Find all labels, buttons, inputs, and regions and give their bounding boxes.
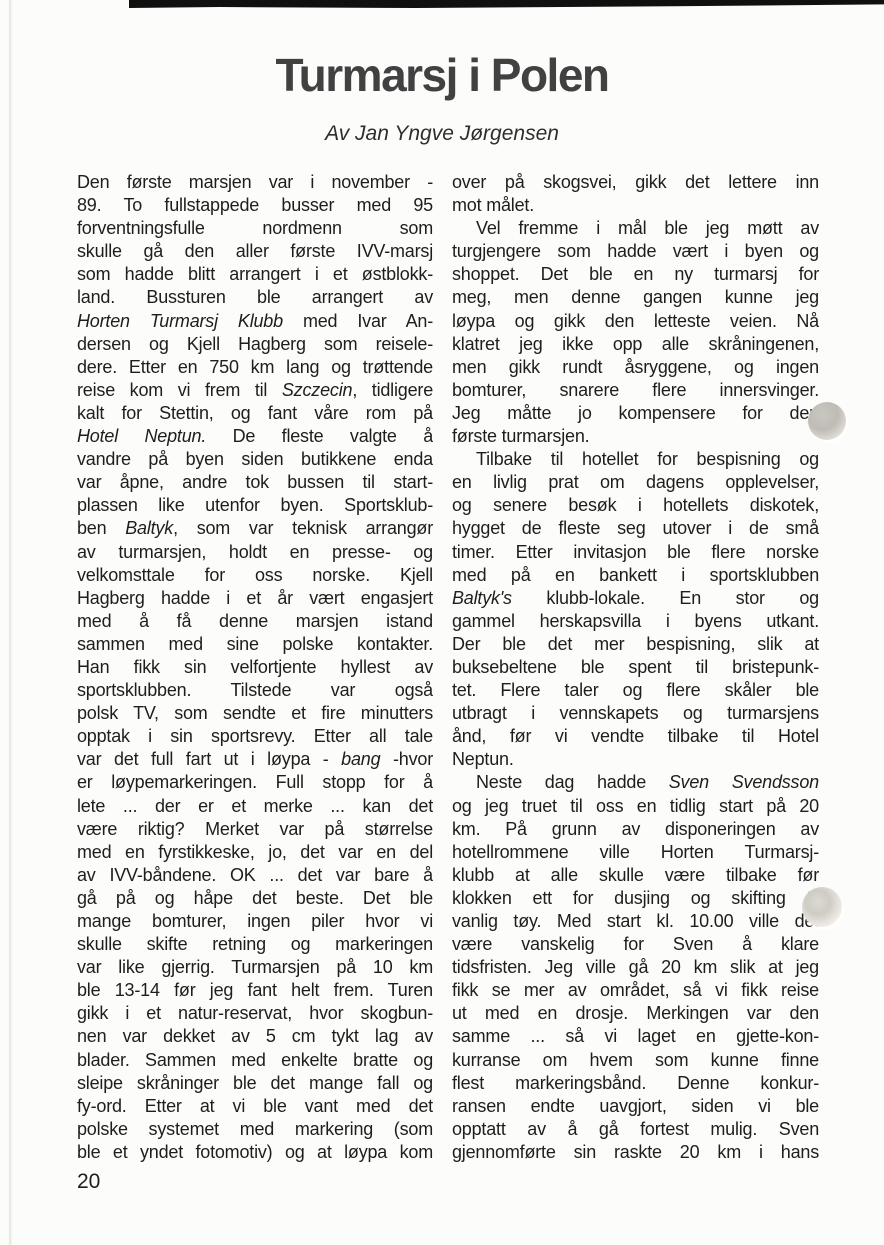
text-line: av turmarsjen, holdt en presse- og: [77, 541, 433, 564]
text-line: polske systemet med markering (som: [77, 1118, 433, 1141]
text-line: Han fikk sin velfortjente hyllest av: [77, 656, 433, 679]
text-line: meg, men denne gangen kunne jeg: [452, 286, 819, 309]
text-line: timer. Etter invitasjon ble flere norske: [452, 541, 819, 564]
italic-text-run: Sven Svendsson: [669, 772, 819, 792]
text-run: ut med en drosje. Merkingen var den: [452, 1003, 819, 1023]
text-line: opptatt av å gå fortest mulig. Sven: [452, 1118, 819, 1141]
text-run: buksebeltene ble spent til bristepunk-: [452, 657, 819, 677]
text-run: med en fyrstikkeske, jo, det var en del: [77, 842, 433, 862]
text-run: sportsklubben. Tilstede var også: [77, 680, 433, 700]
text-line: ånd, før vi vendte tilbake til Hotel: [452, 725, 819, 748]
text-line: fy-ord. Etter at vi ble vant med det: [77, 1095, 433, 1118]
text-line: være vanskelig for Sven å klare: [452, 933, 819, 956]
text-run: over på skogsvei, gikk det lettere inn: [452, 172, 819, 192]
text-run: skulle skifte retning og markeringen: [77, 934, 433, 954]
italic-text-run: Horten Turmarsj Klubb: [77, 311, 283, 331]
text-run: ransen endte uavgjort, siden vi ble: [452, 1096, 819, 1116]
text-run: velkomsttale for oss norske. Kjell: [77, 565, 433, 585]
text-run: -hvor: [380, 749, 433, 769]
text-run: flest markeringsbånd. Denne konkur-: [452, 1073, 819, 1093]
text-run: blader. Sammen med enkelte bratte og: [77, 1050, 433, 1070]
text-line: skulle gå den aller første IVV-marsj: [77, 240, 433, 263]
text-run: De fleste valgte å: [206, 426, 433, 446]
text-run: timer. Etter invitasjon ble flere norske: [452, 542, 819, 562]
scanned-article-page: Turmarsj i Polen Av Jan Yngve Jørgensen …: [0, 0, 884, 1245]
text-line: ble et yndet fotomotiv) og at løypa kom: [77, 1141, 433, 1164]
text-line: vanlig tøy. Med start kl. 10.00 ville de…: [452, 910, 819, 933]
text-line: Baltyk's klubb-lokale. En stor og: [452, 587, 819, 610]
page-number: 20: [77, 1170, 100, 1194]
text-line: mot målet.: [452, 194, 819, 217]
text-run: Den første marsjen var i november -: [77, 172, 433, 192]
text-run: km. På grunn av disponeringen av: [452, 819, 819, 839]
text-run: klubb-lokale. En stor og: [512, 588, 819, 608]
text-line: av IVV-båndene. OK ... det var bare å: [77, 864, 433, 887]
text-run: var åpne, andre tok bussen til start-: [77, 472, 433, 492]
text-run: nen var dekket av 5 cm tykt lag av: [77, 1026, 433, 1046]
italic-text-run: Baltyk's: [452, 588, 512, 608]
text-line: lete ... der er et merke ... kan det: [77, 795, 433, 818]
text-line: ut med en drosje. Merkingen var den: [452, 1002, 819, 1025]
text-line: Vel fremme i mål ble jeg møtt av: [452, 217, 819, 240]
text-run: av IVV-båndene. OK ... det var bare å: [77, 865, 433, 885]
text-line: var like gjerrig. Turmarsjen på 10 km: [77, 956, 433, 979]
text-line: første turmarsjen.: [452, 425, 819, 448]
text-line: Neptun.: [452, 748, 819, 771]
text-run: land. Bussturen ble arrangert av: [77, 287, 433, 307]
text-run: gjennomførte sin raskte 20 km i hans: [452, 1142, 819, 1162]
text-line: men gikk rundt åsryggene, og ingen: [452, 356, 819, 379]
text-line: klokken ett for dusjing og skifting til: [452, 887, 819, 910]
text-line: dersen og Kjell Hagberg som reisele-: [77, 333, 433, 356]
text-run: men gikk rundt åsryggene, og ingen: [452, 357, 819, 377]
text-line: en livlig prat om dagens opplevelser,: [452, 471, 819, 494]
article-column-left: Den første marsjen var i november -89. T…: [77, 171, 433, 1164]
text-run: Jeg måtte jo kompensere for den: [452, 403, 819, 423]
text-run: sleipe skråninger ble det mange fall og: [77, 1073, 433, 1093]
text-run: turgjengere som hadde vært i byen og: [452, 241, 819, 261]
text-line: gjennomførte sin raskte 20 km i hans: [452, 1141, 819, 1164]
text-run: gammel herskapsvilla i byens utkant.: [452, 611, 819, 631]
text-line: og senere besøk i hotellets diskotek,: [452, 494, 819, 517]
text-line: gammel herskapsvilla i byens utkant.: [452, 610, 819, 633]
punch-hole-top: [808, 402, 846, 440]
text-run: med å få denne marsjen istand: [77, 611, 433, 631]
text-run: med på en bankett i sportsklubben: [452, 565, 819, 585]
text-run: Vel fremme i mål ble jeg møtt av: [476, 218, 819, 238]
text-line: Der ble det mer bespisning, slik at: [452, 633, 819, 656]
text-line: vandre på byen siden butikkene enda: [77, 448, 433, 471]
text-run: klubb at alle skulle være tilbake før: [452, 865, 819, 885]
text-run: ble et yndet fotomotiv) og at løypa kom: [77, 1142, 433, 1162]
text-run: Hagberg hadde i et år vært engasjert: [77, 588, 433, 608]
text-run: opptatt av å gå fortest mulig. Sven: [452, 1119, 819, 1139]
text-line: hotellrommene ville Horten Turmarsj-: [452, 841, 819, 864]
text-line: dere. Etter en 750 km lang og trøttende: [77, 356, 433, 379]
text-line: var åpne, andre tok bussen til start-: [77, 471, 433, 494]
text-line: bomturer, snarere flere innersvinger.: [452, 379, 819, 402]
text-run: bomturer, snarere flere innersvinger.: [452, 380, 819, 400]
text-run: hygget de fleste seg utover i de små: [452, 518, 819, 538]
text-line: som hadde blitt arrangert i et østblokk-: [77, 263, 433, 286]
text-line: skulle skifte retning og markeringen: [77, 933, 433, 956]
text-line: shoppet. Det ble en ny turmarsj for: [452, 263, 819, 286]
text-line: Horten Turmarsj Klubb med Ivar An-: [77, 310, 433, 333]
text-line: var det full fart ut i løypa - bang -hvo…: [77, 748, 433, 771]
text-run: kalt for Stettin, og fant våre rom på: [77, 403, 433, 423]
article-byline: Av Jan Yngve Jørgensen: [0, 122, 884, 146]
text-line: flest markeringsbånd. Denne konkur-: [452, 1072, 819, 1095]
text-run: hotellrommene ville Horten Turmarsj-: [452, 842, 819, 862]
text-run: ånd, før vi vendte tilbake til Hotel: [452, 726, 819, 746]
text-run: lete ... der er et merke ... kan det: [77, 796, 433, 816]
text-run: ble 13-14 før jeg fant helt frem. Turen: [77, 980, 433, 1000]
text-line: kalt for Stettin, og fant våre rom på: [77, 402, 433, 425]
punch-hole-bottom: [802, 887, 842, 927]
text-line: land. Bussturen ble arrangert av: [77, 286, 433, 309]
text-run: dersen og Kjell Hagberg som reisele-: [77, 334, 433, 354]
text-line: Tilbake til hotellet for bespisning og: [452, 448, 819, 471]
text-run: vandre på byen siden butikkene enda: [77, 449, 433, 469]
text-line: hygget de fleste seg utover i de små: [452, 517, 819, 540]
text-run: forventningsfulle nordmenn som: [77, 218, 433, 238]
text-run: tidsfristen. Jeg ville gå 20 km slik at …: [452, 957, 819, 977]
text-line: med en fyrstikkeske, jo, det var en del: [77, 841, 433, 864]
text-run: opptak i sin sportsrevy. Etter all tale: [77, 726, 433, 746]
text-line: km. På grunn av disponeringen av: [452, 818, 819, 841]
text-run: Han fikk sin velfortjente hyllest av: [77, 657, 433, 677]
text-line: forventningsfulle nordmenn som: [77, 217, 433, 240]
text-line: Hotel Neptun. De fleste valgte å: [77, 425, 433, 448]
text-run: kurranse om hvem som kunne finne: [452, 1050, 819, 1070]
text-run: gå på og håpe det beste. Det ble: [77, 888, 433, 908]
text-line: med å få denne marsjen istand: [77, 610, 433, 633]
text-run: første turmarsjen.: [452, 426, 589, 446]
text-run: og jeg truet til oss en tidlig start på …: [452, 796, 819, 816]
text-line: klatret jeg ikke opp alle skråningenen,: [452, 333, 819, 356]
text-line: sleipe skråninger ble det mange fall og: [77, 1072, 433, 1095]
text-line: fikk se mer av området, så vi fikk reise: [452, 979, 819, 1002]
text-run: klatret jeg ikke opp alle skråningenen,: [452, 334, 819, 354]
text-line: buksebeltene ble spent til bristepunk-: [452, 656, 819, 679]
text-line: gikk i et natur-reservat, hvor skogbun-: [77, 1002, 433, 1025]
text-line: Hagberg hadde i et år vært engasjert: [77, 587, 433, 610]
text-run: , som var teknisk arrangør: [173, 518, 433, 538]
text-line: kurranse om hvem som kunne finne: [452, 1049, 819, 1072]
text-run: være riktig? Merket var på størrelse: [77, 819, 433, 839]
text-run: vanlig tøy. Med start kl. 10.00 ville de…: [452, 911, 819, 931]
scan-edge-bar: [129, 0, 884, 8]
text-run: være vanskelig for Sven å klare: [452, 934, 819, 954]
text-line: gå på og håpe det beste. Det ble: [77, 887, 433, 910]
italic-text-run: Hotel Neptun.: [77, 426, 206, 446]
text-run: plassen like utenfor byen. Sportsklub-: [77, 495, 433, 515]
text-line: reise kom vi frem til Szczecin, tidliger…: [77, 379, 433, 402]
text-line: være riktig? Merket var på størrelse: [77, 818, 433, 841]
text-line: utbragt i vennskapets og turmarsjens: [452, 702, 819, 725]
italic-text-run: Baltyk: [125, 518, 173, 538]
text-line: over på skogsvei, gikk det lettere inn: [452, 171, 819, 194]
text-run: ben: [77, 518, 125, 538]
text-run: Tilbake til hotellet for bespisning og: [476, 449, 819, 469]
text-run: Neptun.: [452, 749, 514, 769]
text-line: ben Baltyk, som var teknisk arrangør: [77, 517, 433, 540]
text-run: , tidligere: [352, 380, 433, 400]
text-line: med på en bankett i sportsklubben: [452, 564, 819, 587]
text-run: en livlig prat om dagens opplevelser,: [452, 472, 819, 492]
text-line: ransen endte uavgjort, siden vi ble: [452, 1095, 819, 1118]
text-run: utbragt i vennskapets og turmarsjens: [452, 703, 819, 723]
text-run: Der ble det mer bespisning, slik at: [452, 634, 819, 654]
text-line: sammen med sine polske kontakter.: [77, 633, 433, 656]
text-run: skulle gå den aller første IVV-marsj: [77, 241, 433, 261]
text-line: og jeg truet til oss en tidlig start på …: [452, 795, 819, 818]
text-run: samme ... så vi laget en gjette-kon-: [452, 1026, 819, 1046]
text-run: gikk i et natur-reservat, hvor skogbun-: [77, 1003, 433, 1023]
text-run: og senere besøk i hotellets diskotek,: [452, 495, 819, 515]
text-run: var det full fart ut i løypa -: [77, 749, 341, 769]
text-line: mange bomturer, ingen piler hvor vi: [77, 910, 433, 933]
text-run: som hadde blitt arrangert i et østblokk-: [77, 264, 433, 284]
text-run: shoppet. Det ble en ny turmarsj for: [452, 264, 819, 284]
text-line: Den første marsjen var i november -: [77, 171, 433, 194]
text-run: fikk se mer av området, så vi fikk reise: [452, 980, 819, 1000]
article-column-right: over på skogsvei, gikk det lettere innmo…: [452, 171, 819, 1164]
text-line: nen var dekket av 5 cm tykt lag av: [77, 1025, 433, 1048]
text-run: med Ivar An-: [283, 311, 433, 331]
article-title: Turmarsj i Polen: [0, 48, 884, 102]
text-run: reise kom vi frem til: [77, 380, 282, 400]
text-run: av turmarsjen, holdt en presse- og: [77, 542, 433, 562]
text-run: er løypemarkeringen. Full stopp for å: [77, 772, 433, 792]
text-line: tet. Flere taler og flere skåler ble: [452, 679, 819, 702]
text-line: polsk TV, som sendte et fire minutters: [77, 702, 433, 725]
text-line: Neste dag hadde Sven Svendsson: [452, 771, 819, 794]
text-line: plassen like utenfor byen. Sportsklub-: [77, 494, 433, 517]
text-run: fy-ord. Etter at vi ble vant med det: [77, 1096, 433, 1116]
text-line: sportsklubben. Tilstede var også: [77, 679, 433, 702]
text-run: løypa og gikk den letteste veien. Nå: [452, 311, 819, 331]
text-run: klokken ett for dusjing og skifting til: [452, 888, 819, 908]
text-run: var like gjerrig. Turmarsjen på 10 km: [77, 957, 433, 977]
text-run: tet. Flere taler og flere skåler ble: [452, 680, 819, 700]
text-line: samme ... så vi laget en gjette-kon-: [452, 1025, 819, 1048]
text-line: tidsfristen. Jeg ville gå 20 km slik at …: [452, 956, 819, 979]
text-run: dere. Etter en 750 km lang og trøttende: [77, 357, 433, 377]
text-run: Neste dag hadde: [476, 772, 669, 792]
text-line: velkomsttale for oss norske. Kjell: [77, 564, 433, 587]
text-line: ble 13-14 før jeg fant helt frem. Turen: [77, 979, 433, 1002]
text-run: meg, men denne gangen kunne jeg: [452, 287, 819, 307]
text-line: blader. Sammen med enkelte bratte og: [77, 1049, 433, 1072]
text-line: 89. To fullstappede busser med 95: [77, 194, 433, 217]
text-line: løypa og gikk den letteste veien. Nå: [452, 310, 819, 333]
text-run: mot målet.: [452, 195, 534, 215]
text-run: sammen med sine polske kontakter.: [77, 634, 433, 654]
text-line: klubb at alle skulle være tilbake før: [452, 864, 819, 887]
text-run: mange bomturer, ingen piler hvor vi: [77, 911, 433, 931]
text-run: polske systemet med markering (som: [77, 1119, 433, 1139]
text-line: opptak i sin sportsrevy. Etter all tale: [77, 725, 433, 748]
text-run: 89. To fullstappede busser med 95: [77, 195, 433, 215]
italic-text-run: Szczecin: [282, 380, 352, 400]
article-body: Den første marsjen var i november -89. T…: [77, 171, 819, 1164]
text-line: turgjengere som hadde vært i byen og: [452, 240, 819, 263]
text-run: polsk TV, som sendte et fire minutters: [77, 703, 433, 723]
italic-text-run: bang: [341, 749, 380, 769]
page-edge-line: [9, 0, 12, 1245]
text-line: er løypemarkeringen. Full stopp for å: [77, 771, 433, 794]
text-line: Jeg måtte jo kompensere for den: [452, 402, 819, 425]
